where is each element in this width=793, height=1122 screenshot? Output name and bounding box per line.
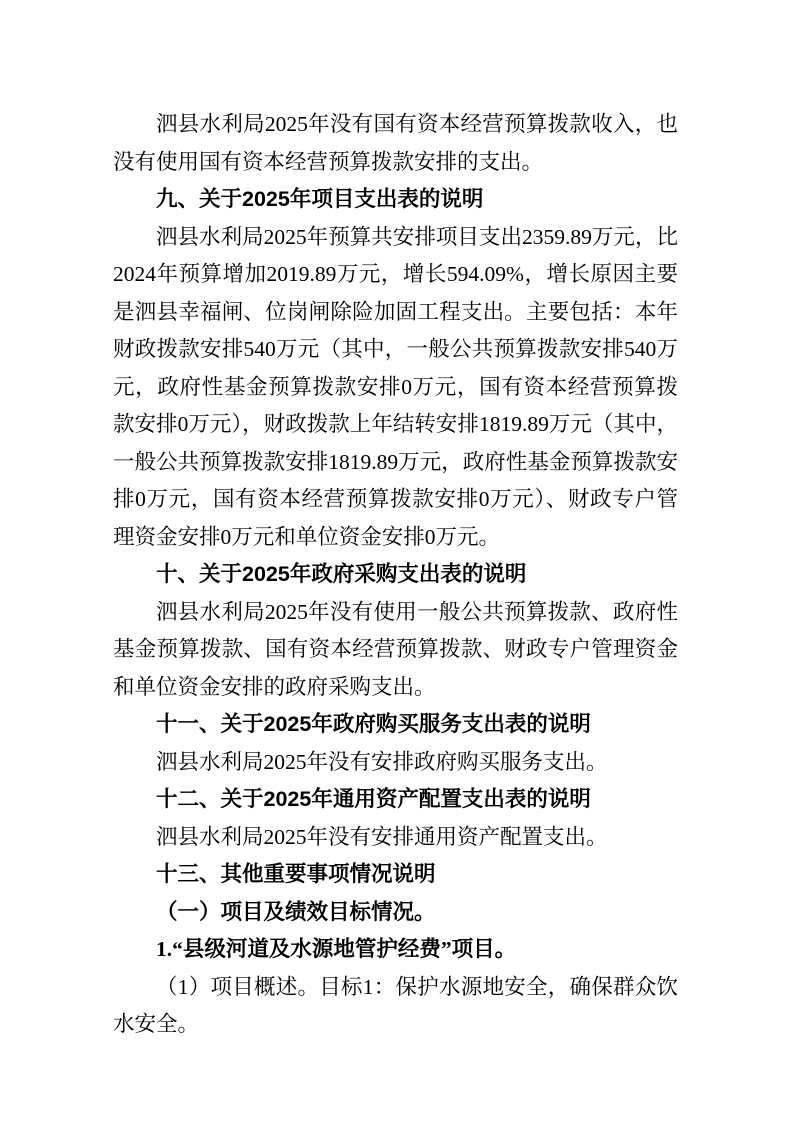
- heading-section-11-purchased-services: 十一、关于2025年政府购买服务支出表的说明: [113, 706, 678, 744]
- paragraph-purchased-services-detail: 泗县水利局2025年没有安排政府购买服务支出。: [113, 744, 678, 782]
- paragraph-asset-allocation-detail: 泗县水利局2025年没有安排通用资产配置支出。: [113, 819, 678, 857]
- paragraph-project-expenditure-detail: 泗县水利局2025年预算共安排项目支出2359.89万元，比2024年预算增加2…: [113, 219, 678, 557]
- paragraph-project-1-overview: （1）项目概述。目标1：保护水源地安全，确保群众饮水安全。: [113, 969, 678, 1044]
- heading-section-12-asset-allocation: 十二、关于2025年通用资产配置支出表的说明: [113, 781, 678, 819]
- paragraph-gov-procurement-detail: 泗县水利局2025年没有使用一般公共预算拨款、政府性基金预算拨款、国有资本经营预…: [113, 594, 678, 707]
- paragraph-state-capital-budget: 泗县水利局2025年没有国有资本经营预算拨款收入，也没有使用国有资本经营预算拨款…: [113, 106, 678, 181]
- heading-section-10-gov-procurement: 十、关于2025年政府采购支出表的说明: [113, 556, 678, 594]
- subheading-project-1-river-watersource: 1.“县级河道及水源地管护经费”项目。: [113, 931, 678, 969]
- heading-section-9-project-expenditure: 九、关于2025年项目支出表的说明: [113, 181, 678, 219]
- heading-section-13-other-matters: 十三、其他重要事项情况说明: [113, 856, 678, 894]
- subheading-project-performance-goals: （一）项目及绩效目标情况。: [113, 894, 678, 932]
- document-page: 泗县水利局2025年没有国有资本经营预算拨款收入，也没有使用国有资本经营预算拨款…: [0, 0, 793, 1122]
